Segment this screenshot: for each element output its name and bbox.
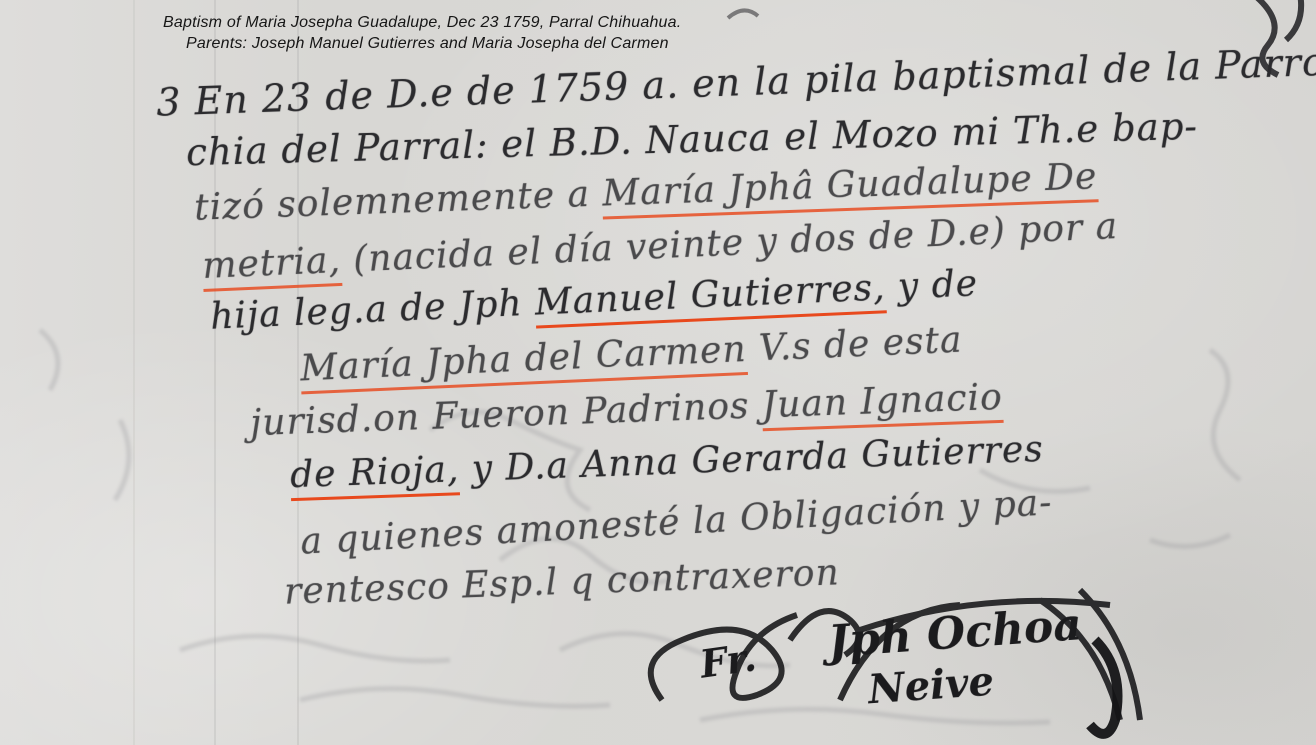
- line-text: y de: [885, 263, 979, 308]
- manuscript-line-6: María Jpha del Carmen V.s de esta: [299, 320, 963, 390]
- signature-prefix: Fr.: [697, 634, 759, 686]
- line-text: jurisd.on Fueron Padrinos: [250, 385, 763, 444]
- signature-second-line: Neive: [867, 658, 996, 714]
- signature-name: Jph Ochoa: [827, 599, 1084, 668]
- manuscript-line-8: de Rioja, y D.a Anna Gerarda Gutierres: [290, 429, 1045, 496]
- line-text: V.s de esta: [746, 320, 964, 370]
- underlined-name-godfather: Juan Ignacio: [761, 377, 1003, 431]
- caption-line-1: Baptism of Maria Josepha Guadalupe, Dec …: [163, 14, 681, 32]
- manuscript-line-10: rentesco Esp.l q contraxeron: [283, 552, 840, 612]
- scanned-baptism-record: Baptism of Maria Josepha Guadalupe, Dec …: [0, 0, 1316, 745]
- caption-line-2: Parents: Joseph Manuel Gutierres and Mar…: [186, 35, 669, 53]
- underlined-name-mother: María Jpha del Carmen: [299, 329, 747, 394]
- line-text: rentesco Esp.l q contraxeron: [283, 552, 840, 612]
- underlined-name-father: Manuel Gutierres,: [534, 267, 887, 328]
- line-text: hija leg.a de Jph: [209, 283, 535, 338]
- line-text: tizó solemnemente a: [194, 174, 604, 229]
- underlined-name-child-cont: metria,: [202, 240, 342, 292]
- fold-line: [133, 0, 135, 745]
- line-text: y D.a Anna Gerarda Gutierres: [459, 429, 1045, 490]
- underlined-name-godfather-cont: de Rioja,: [290, 449, 461, 501]
